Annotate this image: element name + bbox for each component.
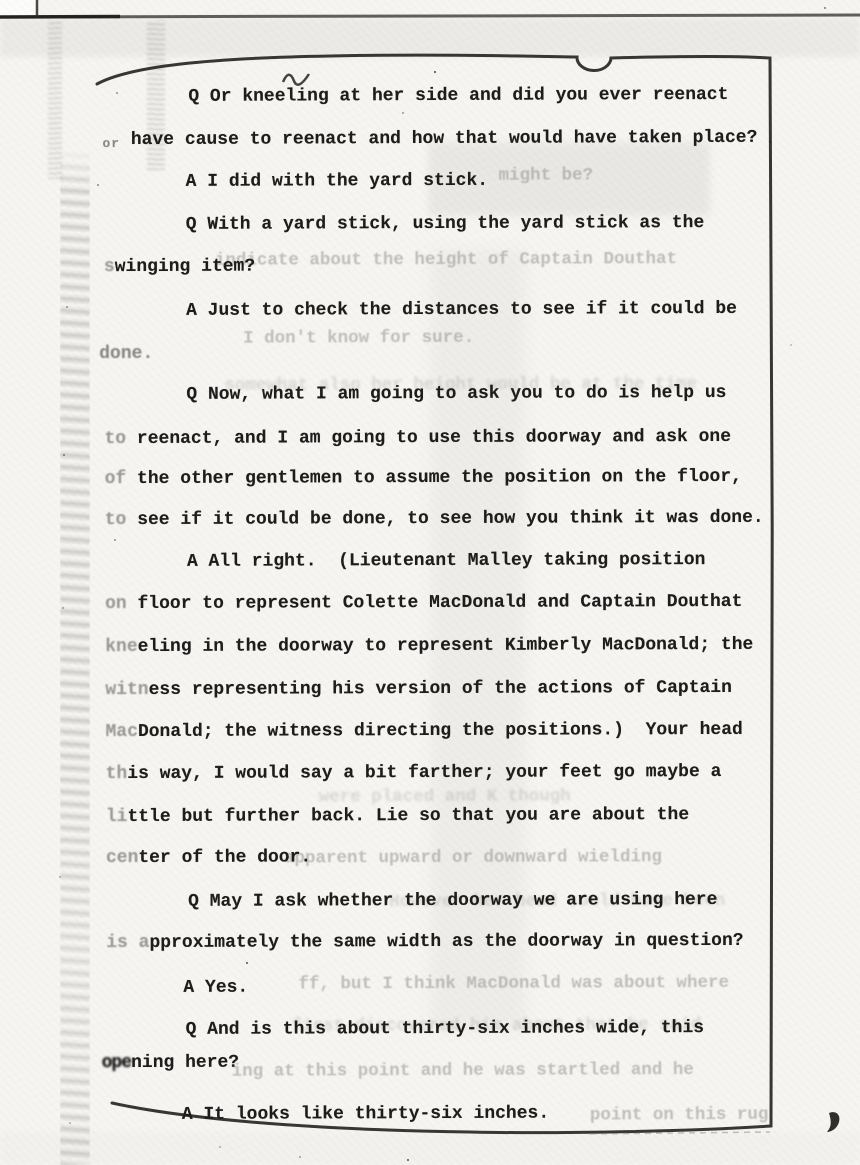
transcript-text-smudged: li <box>106 807 128 827</box>
transcript-line: Q May I ask whether the doorway we are u… <box>188 890 717 912</box>
transcript-line: A Just to check the distances to see if … <box>186 299 737 321</box>
transcript-line: Q Now, what I am going to ask you to do … <box>186 383 726 405</box>
transcript-text-smudged: s <box>104 257 115 277</box>
transcript-text: floor to represent Colette MacDonald and… <box>137 592 742 614</box>
transcript-text: Q Or kneeling at her side and did you ev… <box>188 85 728 107</box>
transcript-line: to reenact, and I am going to use this d… <box>104 427 731 449</box>
transcript-line: A Yes. <box>183 978 248 998</box>
transcript-text: ttle but further back. Lie so that you a… <box>127 805 689 827</box>
transcript-line: or have cause to reenact and how that wo… <box>102 128 757 150</box>
transcript-line: A It looks like thirty-six inches. <box>182 1104 549 1125</box>
transcript-line: Q Or kneeling at her side and did you ev… <box>188 85 728 107</box>
transcript-line: this way, I would say a bit farther; you… <box>106 762 722 784</box>
transcript-line: swinging item? <box>104 257 255 278</box>
transcript-text-smudged: done. <box>99 344 153 364</box>
transcript-line: on floor to represent Colette MacDonald … <box>105 592 742 614</box>
transcript-text-smudged: th <box>106 764 128 784</box>
transcript-text-smudged: kne <box>105 637 137 657</box>
transcript-text: see if it could be done, to see how you … <box>137 508 764 530</box>
transcript-line: MacDonald; the witness directing the pos… <box>105 720 742 742</box>
transcript-text: Q May I ask whether the doorway we are u… <box>188 890 717 912</box>
transcript-line: of the other gentlemen to assume the pos… <box>105 467 742 489</box>
transcript-text: ess representing his version of the acti… <box>149 678 732 700</box>
transcript-text: A Yes. <box>183 978 248 998</box>
transcript-text-smudged: to <box>105 510 137 530</box>
transcript-text: A It looks like thirty-six inches. <box>182 1104 549 1125</box>
transcript-line: done. <box>99 344 153 364</box>
transcript-text-smudged: Mac <box>105 722 137 742</box>
transcript-text: ning here? <box>131 1053 239 1073</box>
transcript-text-layer: Q Or kneeling at her side and did you ev… <box>0 0 860 1165</box>
transcript-line: witness representing his version of the … <box>105 678 732 700</box>
transcript-line: little but further back. Lie so that you… <box>106 805 689 827</box>
transcript-text: A I did with the yard stick. <box>186 171 489 192</box>
transcript-text: eling in the doorway to represent Kimber… <box>138 635 754 657</box>
transcript-text: is way, I would say a bit farther; your … <box>127 762 721 784</box>
transcript-line: center of the door. <box>106 847 311 868</box>
transcript-text: have cause to reenact and how that would… <box>120 128 757 150</box>
transcript-text-smudged: or <box>102 136 120 151</box>
transcript-text-smudged: ope <box>102 1053 131 1073</box>
transcript-text: Donald; the witness directing the positi… <box>138 720 743 742</box>
transcript-line: opening here? <box>102 1053 240 1073</box>
transcript-line: Q And is this about thirty-six inches wi… <box>186 1018 705 1040</box>
transcript-text: reenact, and I am going to use this door… <box>137 427 731 449</box>
transcript-text-smudged: witn <box>105 680 148 700</box>
transcript-line: A I did with the yard stick. <box>186 171 489 192</box>
transcript-text-smudged: to <box>104 429 136 449</box>
transcript-text: ter of the door. <box>138 847 311 868</box>
transcript-line: Q With a yard stick, using the yard stic… <box>186 213 705 235</box>
transcript-line: kneeling in the doorway to represent Kim… <box>105 635 753 657</box>
transcript-text-smudged: on <box>105 594 137 614</box>
transcript-line: to see if it could be done, to see how y… <box>105 508 764 530</box>
transcript-text: Q And is this about thirty-six inches wi… <box>186 1018 705 1040</box>
transcript-text: A All right. (Lieutenant Malley taking p… <box>187 550 706 572</box>
transcript-text: A Just to check the distances to see if … <box>186 299 737 321</box>
transcript-text: Q Now, what I am going to ask you to do … <box>186 383 726 405</box>
transcript-line: is approximately the same width as the d… <box>106 931 743 953</box>
transcript-text-smudged: of <box>105 469 137 489</box>
transcript-text-smudged: is a <box>106 933 149 953</box>
transcript-text-smudged: cen <box>106 848 138 868</box>
transcript-text: the other gentlemen to assume the positi… <box>137 467 742 489</box>
transcript-text: Q With a yard stick, using the yard stic… <box>186 213 705 235</box>
transcript-text: pproximately the same width as the doorw… <box>149 931 743 953</box>
document-page: might be?indicate about the height of Ca… <box>0 0 860 1165</box>
transcript-line: A All right. (Lieutenant Malley taking p… <box>187 550 706 572</box>
transcript-text: winging item? <box>115 257 256 277</box>
